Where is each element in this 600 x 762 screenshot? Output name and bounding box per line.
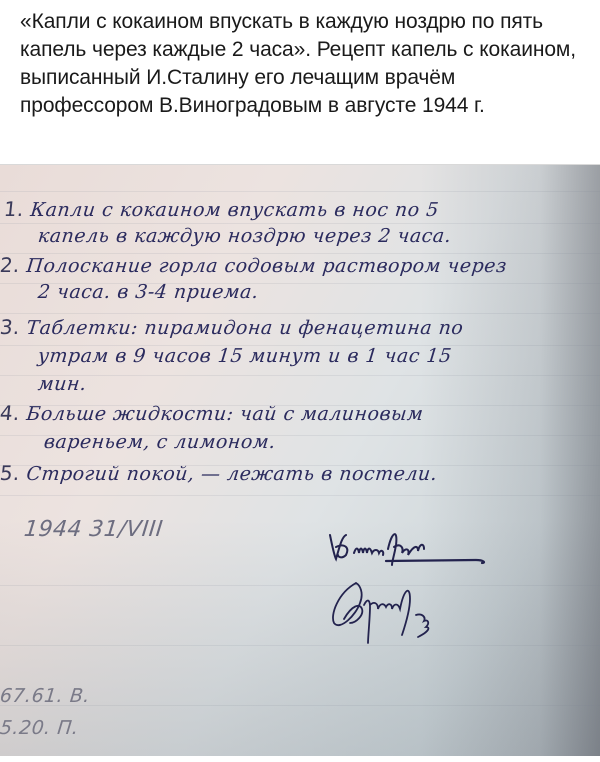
- archive-mark-1: 67.61. В.: [0, 685, 91, 707]
- prescription-line-8: 4. Больше жидкости: чай с малиновым: [0, 401, 425, 425]
- paper-rule: [0, 585, 600, 586]
- paper-rule: [0, 705, 600, 706]
- archive-mark-2: 5.20. П.: [0, 717, 80, 739]
- prescription-photo: 1. Капли с кокаином впускать в нос по 5 …: [0, 164, 600, 756]
- prescription-line-9: вареньем, с лимоном.: [43, 431, 277, 453]
- paper-rule: [0, 645, 600, 646]
- signature-vinogradov: Виноградов: [326, 525, 526, 575]
- paper-rule: [0, 313, 600, 314]
- signature-second: Бусалов: [330, 575, 480, 655]
- paper-rule: [0, 495, 600, 496]
- prescription-line-4: 2 часа. в 3-4 приема.: [37, 281, 260, 303]
- prescription-line-7: мин.: [37, 373, 88, 395]
- prescription-line-6: утрам в 9 часов 15 минут и в 1 час 15: [37, 345, 453, 367]
- paper-rule: [0, 191, 600, 192]
- paper-rule: [0, 375, 600, 376]
- prescription-line-1: 1. Капли с кокаином впускать в нос по 5: [3, 197, 441, 221]
- paper-rule: [0, 223, 600, 224]
- prescription-date: 1944 31/VIII: [23, 517, 165, 542]
- prescription-line-2: капель в каждую ноздрю через 2 часа.: [37, 225, 453, 247]
- post-caption: «Капли с кокаином впускать в каждую нозд…: [20, 8, 590, 120]
- prescription-line-5: 3. Таблетки: пирамидона и фенацетина по: [0, 315, 465, 339]
- prescription-line-10: 5. Строгий покой, — лежать в постели.: [0, 461, 439, 485]
- prescription-line-3: 2. Полоскание горла содовым раствором че…: [0, 253, 508, 277]
